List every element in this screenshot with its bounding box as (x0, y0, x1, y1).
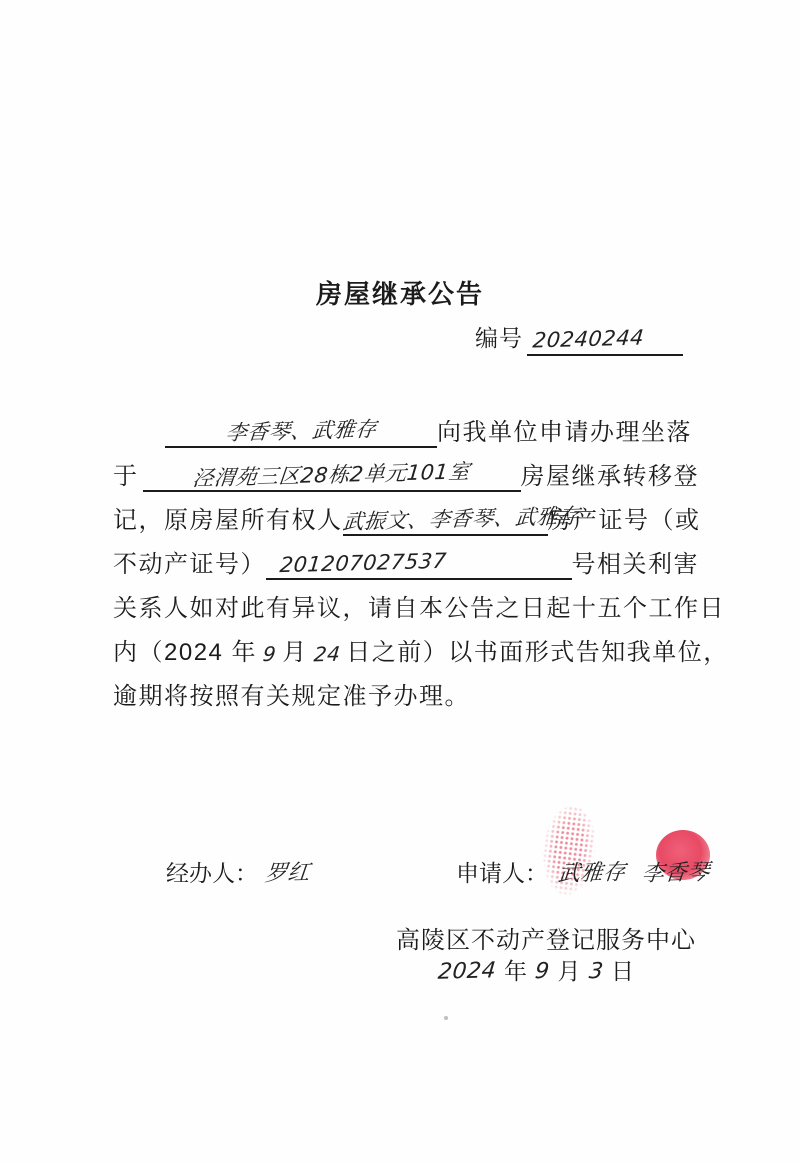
body-line-2-text: 房屋继承转移登 (521, 461, 700, 492)
body-line-5: 关系人如对此有异议，请自本公告之日起十五个工作日 (113, 580, 699, 624)
body-line-2-prefix: 于 (113, 461, 139, 492)
body-line-4-prefix: 不动产证号） (113, 549, 266, 580)
month-label: 月 (558, 956, 581, 987)
issuing-organization: 高陵区不动产登记服务中心 (396, 920, 696, 955)
certificate-number-field: 201207027537 (266, 548, 572, 580)
owners-handwriting: 武振文、李香琴、武雅存 (341, 502, 581, 536)
day-label: 日 (611, 956, 634, 987)
body-line-7-text: 逾期将按照有关规定准予办理。 (113, 681, 470, 712)
body-line-1: 李香琴、武雅存 向我单位申请办理坐落 (113, 404, 699, 448)
applicant-signature-1: 武雅存 (557, 859, 627, 889)
body-line-4-text: 号相关利害 (572, 549, 700, 580)
serial-label: 编号 (475, 320, 523, 356)
deadline-month-handwriting: 9 (262, 640, 278, 668)
applicants-handwriting: 李香琴、武雅存 (224, 415, 378, 447)
applicants-blank-field: 李香琴、武雅存 (165, 416, 437, 448)
issue-year-handwriting: 2024 (436, 956, 497, 988)
address-handwriting: 泾渭苑三区28栋2单元101室 (191, 457, 471, 492)
body-line-1-text: 向我单位申请办理坐落 (437, 417, 692, 448)
body-line-6-text-a: 内（2024 年 (113, 637, 257, 668)
body-line-3: 记，原房屋所有权人 武振文、李香琴、武雅存 房产证号（或 (113, 492, 699, 536)
body-line-3-prefix: 记，原房屋所有权人 (113, 505, 343, 536)
body-line-2: 于 泾渭苑三区28栋2单元101室 房屋继承转移登 (113, 448, 699, 492)
address-blank-field: 泾渭苑三区28栋2单元101室 (143, 460, 521, 492)
body-line-5-text: 关系人如对此有异议，请自本公告之日起十五个工作日 (113, 593, 725, 624)
serial-value-handwriting: 20240244 (531, 324, 645, 355)
serial-value-field: 20240244 (527, 325, 683, 356)
scanned-document-page: 房屋继承公告 编号 20240244 李香琴、武雅存 向我单位申请办理坐落 于 … (0, 0, 800, 1163)
issue-date-row: 2024 年 9 月 3 日 (438, 956, 634, 987)
deadline-day-handwriting: 24 (312, 640, 341, 669)
scan-artifact-dot (444, 1016, 448, 1020)
owners-blank-field: 武振文、李香琴、武雅存 (343, 504, 548, 536)
applicant-label: 申请人： (456, 855, 548, 888)
handler-signature: 罗红 (264, 859, 312, 888)
issue-day-handwriting: 3 (587, 957, 604, 987)
body-line-7: 逾期将按照有关规定准予办理。 (113, 668, 699, 712)
issue-month-handwriting: 9 (534, 957, 551, 987)
body-line-4: 不动产证号） 201207027537 号相关利害 (113, 536, 699, 580)
year-label: 年 (504, 956, 527, 987)
document-title: 房屋继承公告 (0, 274, 800, 311)
body-line-6-text-c: 日之前）以书面形式告知我单位， (346, 637, 729, 668)
certificate-number-handwriting: 201207027537 (278, 547, 448, 579)
body-line-6-text-b: 月 (282, 637, 308, 668)
applicant-signature-2: 李香琴 (641, 859, 711, 889)
body-line-6: 内（2024 年 9 月 24 日之前）以书面形式告知我单位， (113, 624, 699, 668)
handler-label: 经办人： (166, 855, 258, 888)
announcement-body: 李香琴、武雅存 向我单位申请办理坐落 于 泾渭苑三区28栋2单元101室 房屋继… (113, 404, 699, 712)
serial-number-row: 编号 20240244 (475, 320, 683, 356)
